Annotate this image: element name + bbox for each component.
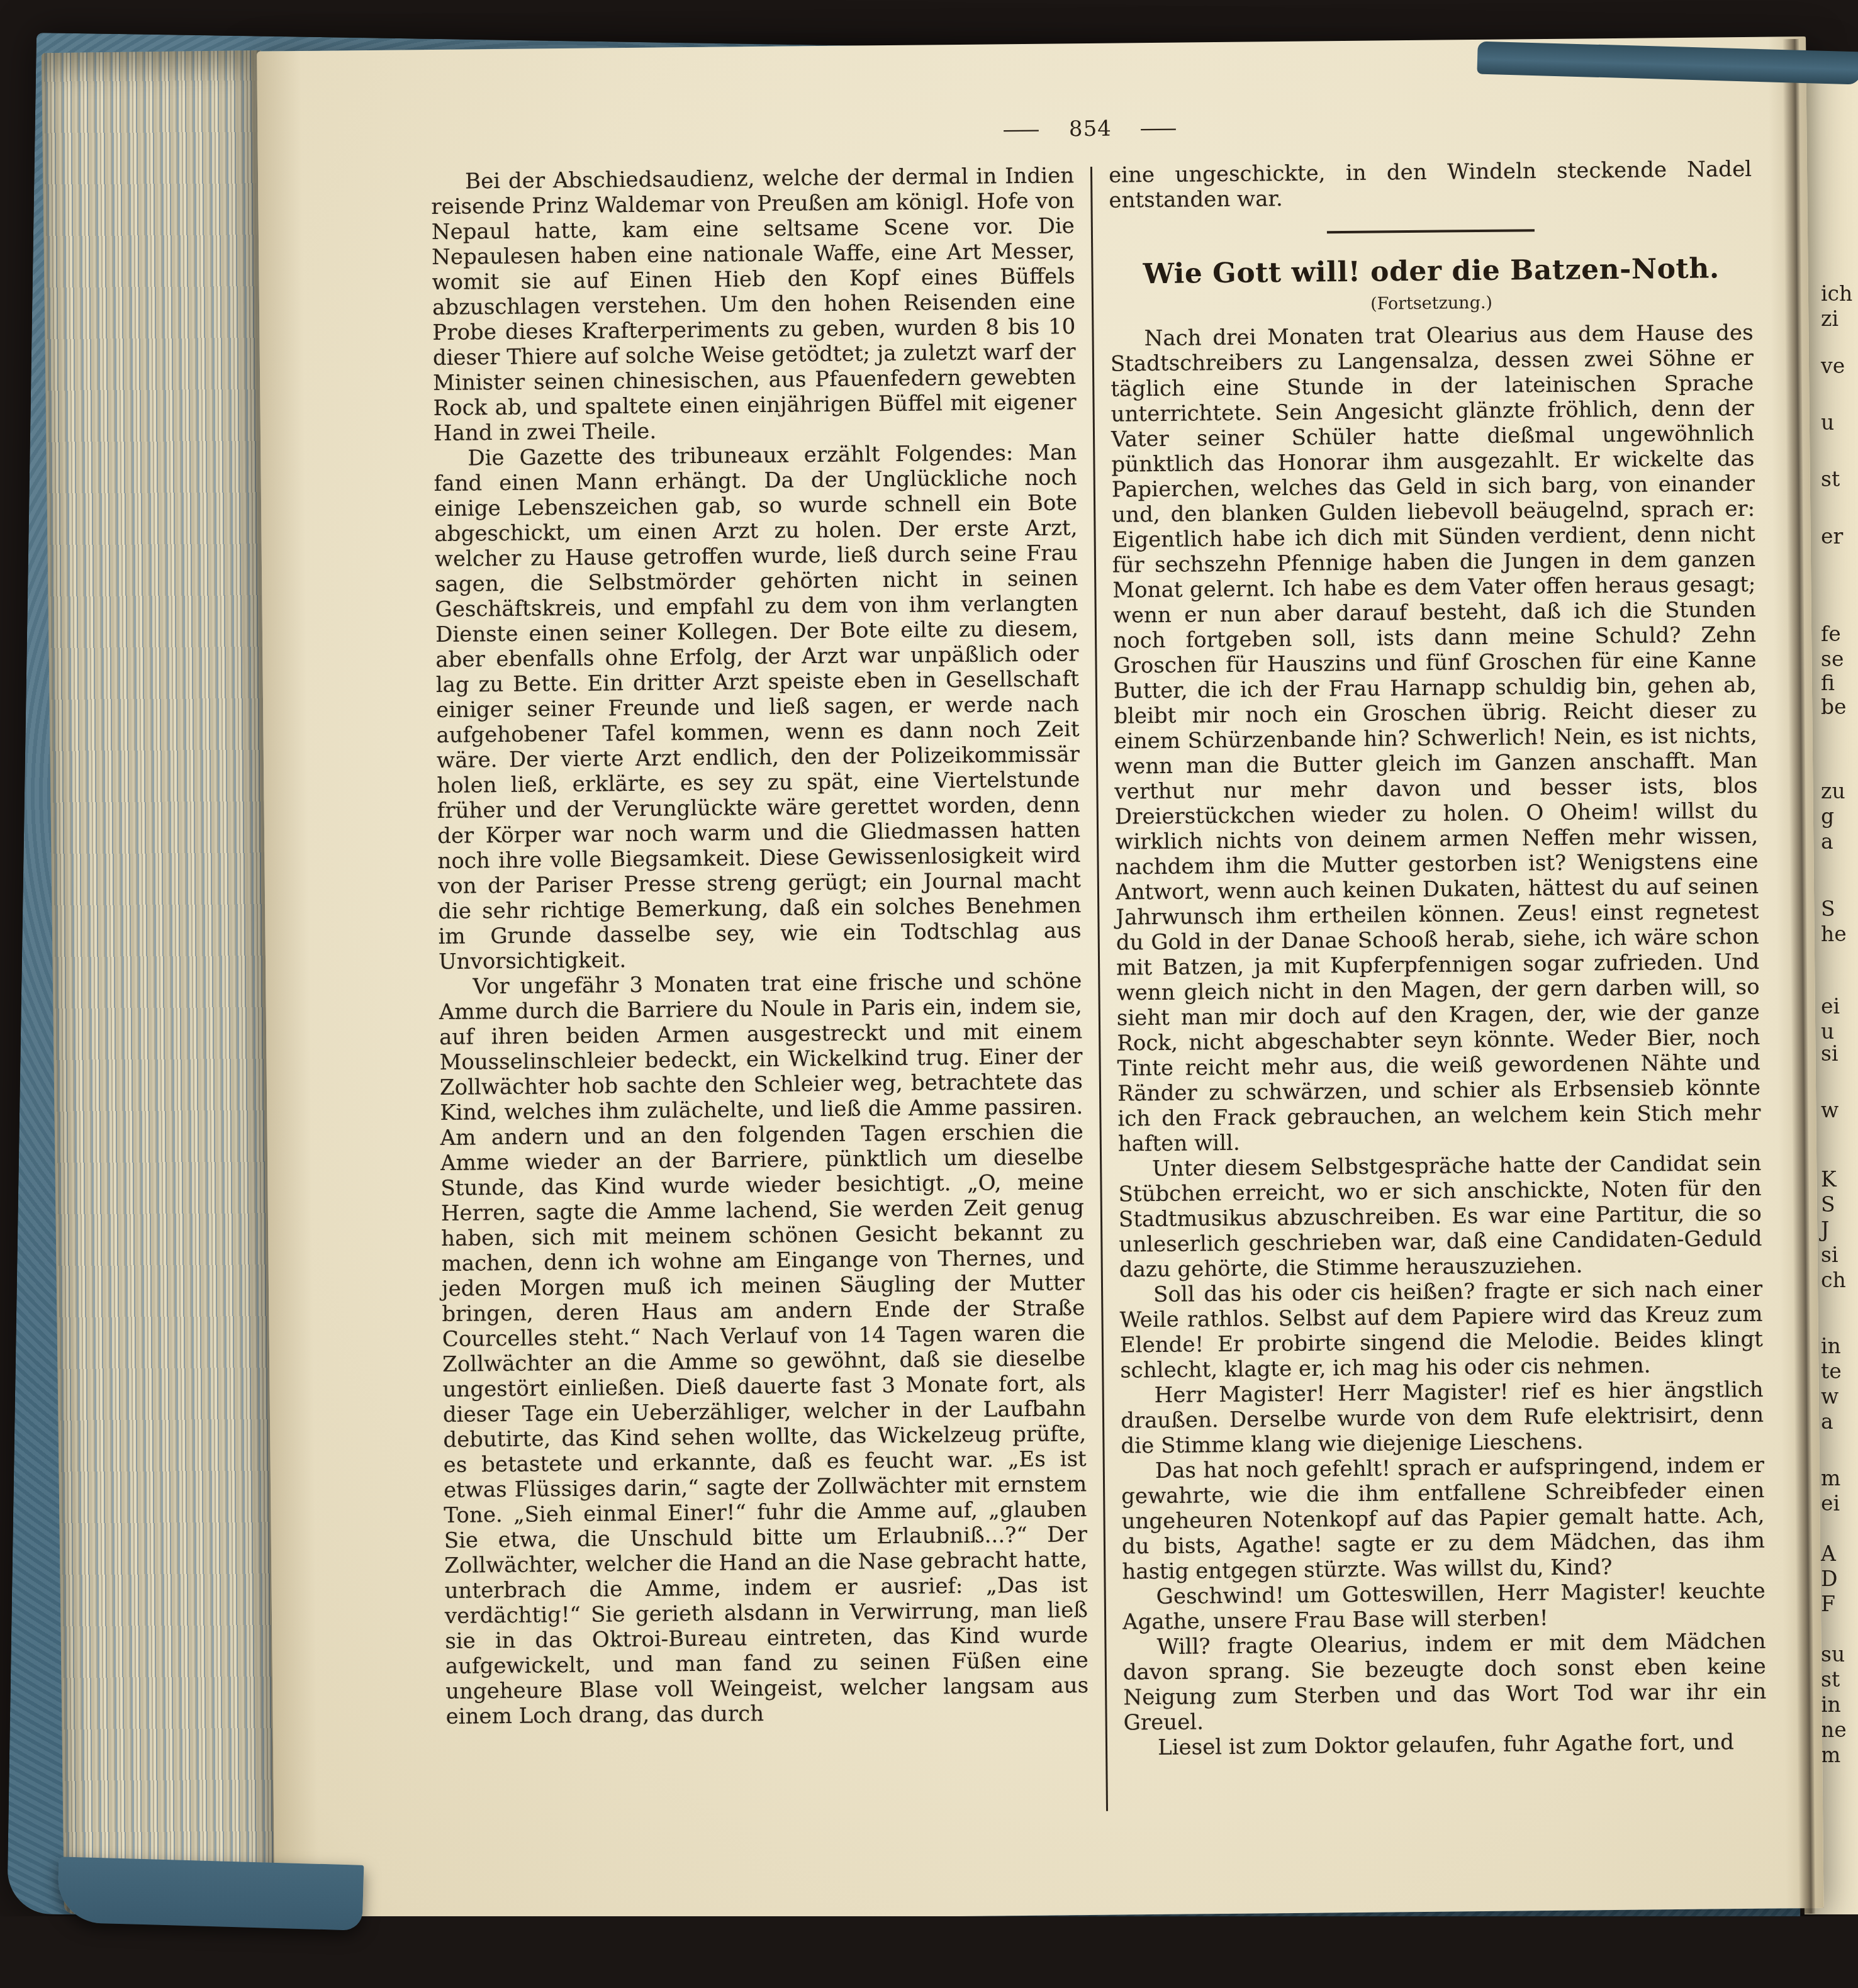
page-number: — 854 — [427,110,1753,148]
next-page-text-fragment: u [1821,1019,1834,1044]
paragraph-liesel: Liesel ist zum Doktor gelaufen, fuhr Aga… [1124,1729,1767,1761]
paragraph-magister-ruf: Herr Magister! Herr Magister! rief es hi… [1120,1377,1764,1459]
next-page-text-fragment: fe [1821,622,1841,647]
paragraph-geschwind: Geschwind! um Gotteswillen, Herr Magiste… [1122,1578,1766,1635]
next-page-text-fragment: ne [1821,1717,1847,1743]
book-page-block-edge [42,50,283,1914]
next-page-text-fragment: er [1821,524,1843,549]
page-number-dash-right: — [1139,116,1178,142]
next-page-text-fragment: m [1821,1743,1840,1768]
page-number-dash-left: — [1002,117,1041,143]
next-page-text-fragment: m [1821,1466,1840,1491]
article-subtitle: (Fortsetzung.) [1110,291,1753,316]
next-page-text-fragment: he [1821,922,1847,947]
next-page-text-fragment: w [1821,1098,1838,1123]
next-page-text-fragment: a [1821,1409,1833,1434]
next-page-text-fragment: D [1821,1566,1837,1592]
paragraph-gazette: Die Gazette des tribuneaux erzählt Folge… [434,440,1082,974]
photo-background: ichziveusterfesefibezugaSheeiusiwKSJsich… [0,0,1858,1988]
page-number-value: 854 [1069,116,1112,142]
next-page-text-fragment: F [1821,1592,1835,1617]
right-column: eine ungeschickte, in den Windeln stecke… [1109,157,1768,1849]
book-page: — 854 — Bei der Abschiedsaudienz, welche… [257,36,1823,1923]
section-divider-rule [1327,229,1535,233]
column-divider-rule [1090,167,1108,1811]
next-page-text-fragment: J [1821,1217,1829,1242]
next-page-text-fragment: ich [1821,281,1852,306]
left-column: Bei der Abschiedsaudienz, welche der der… [431,163,1090,1855]
next-page-text-fragment: ve [1821,354,1845,379]
next-page-text-fragment: te [1821,1359,1842,1384]
next-page-text-fragment: g [1821,804,1834,829]
next-page-text-fragment: st [1821,467,1840,492]
next-page-text-fragment: u [1821,410,1834,435]
next-page-text-fragment: si [1821,1242,1838,1268]
next-page-text-fragment: si [1821,1041,1838,1066]
next-page-text-fragment: in [1821,1692,1841,1717]
next-page-text-fragment: in [1821,1334,1841,1359]
next-page-text-fragment: ei [1821,1491,1840,1516]
paragraph-amme: Vor ungefähr 3 Monaten trat eine frische… [439,968,1088,1729]
next-page-text-fragment: a [1821,829,1833,854]
next-page-text-fragment: S [1821,896,1835,922]
next-page-text-fragment: se [1821,647,1844,672]
next-page-text-fragment: su [1821,1642,1845,1667]
paragraph-nepaul: Bei der Abschiedsaudienz, welche der der… [431,163,1077,446]
next-page-text-fragment: ei [1821,994,1840,1019]
next-page-text-fragment: st [1821,1667,1840,1692]
text-area: Bei der Abschiedsaudienz, welche der der… [431,157,1768,1855]
paragraph-continuation: eine ungeschickte, in den Windeln stecke… [1109,157,1752,213]
next-page-text-fragment: be [1821,695,1847,720]
paragraph-his-cis: Soll das his oder cis heißen? fragte er … [1119,1276,1763,1383]
paragraph-agathe: Das hat noch gefehlt! sprach er aufsprin… [1121,1453,1766,1585]
paragraph-selbstgespraech: Unter diesem Selbstgespräche hatte der C… [1118,1151,1762,1283]
article-title: Wie Gott will! oder die Batzen-Noth. [1109,252,1752,291]
book-cover-bottom-left-corner [57,1857,364,1931]
next-page-text-fragment: w [1821,1384,1838,1409]
next-page-text-fragment: fi [1821,671,1835,696]
next-page-text-fragment: A [1821,1541,1836,1566]
paragraph-will: Will? fragte Olearius, indem er mit dem … [1122,1629,1766,1736]
next-page-text-fragment: zi [1821,306,1838,332]
next-page-text-fragment: S [1821,1192,1835,1217]
next-page-text-fragment: zu [1821,779,1845,804]
next-page-text-fragment: ch [1821,1268,1846,1293]
paragraph-olearius: Nach drei Monaten trat Olearius aus dem … [1110,320,1761,1157]
next-page-text-fragment: K [1821,1167,1837,1192]
